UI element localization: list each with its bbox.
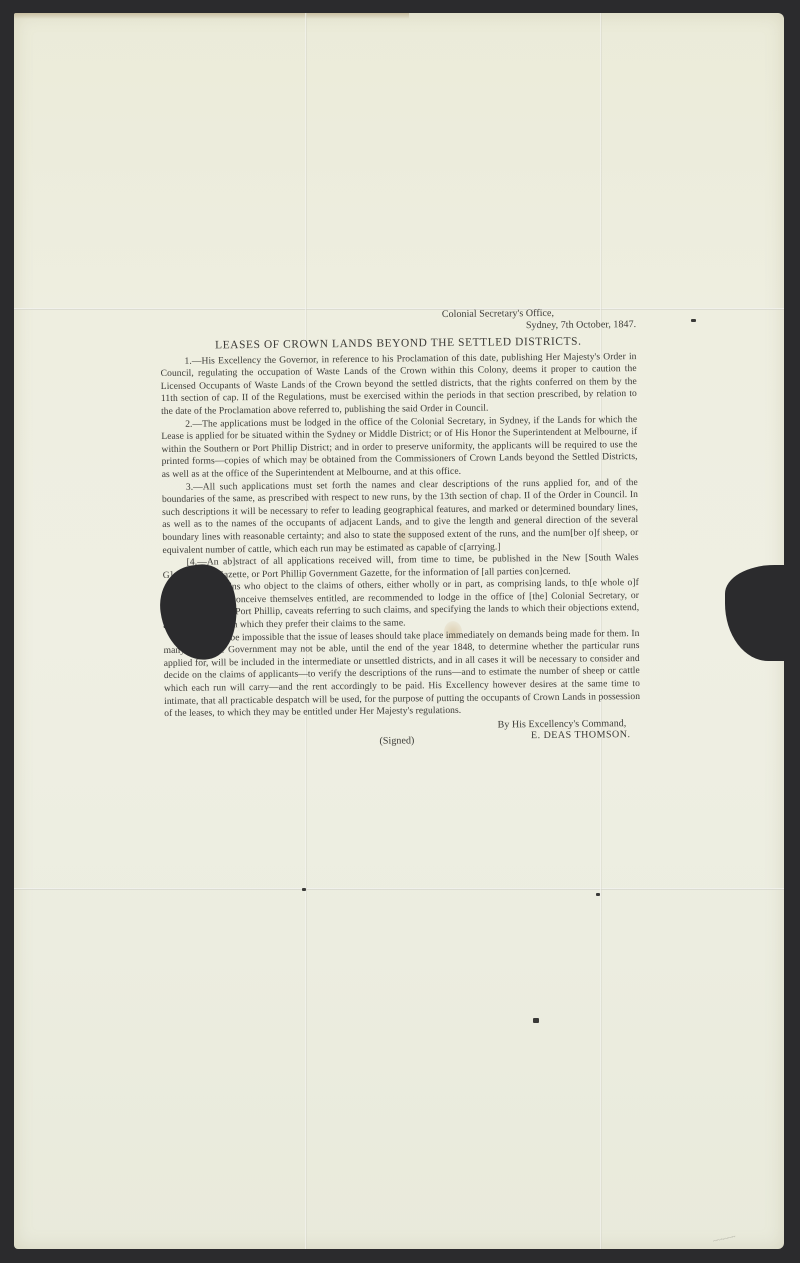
document-title: LEASES OF CROWN LANDS BEYOND THE SETTLED… (160, 335, 636, 353)
dateline: Colonial Secretary's Office, Sydney, 7th… (160, 307, 636, 336)
signed-label: (Signed) (379, 735, 414, 748)
ink-speck (533, 1018, 539, 1023)
signature-block: By His Excellency's Command, (Signed) E.… (164, 718, 640, 753)
paragraph-3: 3.—All such applications must set forth … (162, 477, 639, 558)
signatory-name: E. DEAS THOMSON. (531, 729, 631, 743)
scan-background: ~~~~~~ Colonial Secretary's Office, Sydn… (0, 0, 800, 1263)
torn-top-edge (14, 13, 409, 19)
ink-speck (302, 888, 306, 891)
pencil-note: ~~~~~~ (713, 1233, 737, 1246)
paragraph-6: 6.—It will be impossible that the issue … (163, 628, 640, 721)
ink-speck (596, 893, 600, 896)
printed-circular: Colonial Secretary's Office, Sydney, 7th… (160, 307, 641, 753)
horizontal-fold-crease (14, 888, 784, 890)
ink-speck (691, 319, 696, 322)
paragraph-1: 1.—His Excellency the Governor, in refer… (160, 351, 637, 419)
paragraph-2: 2.—The applications must be lodged in th… (161, 414, 638, 482)
